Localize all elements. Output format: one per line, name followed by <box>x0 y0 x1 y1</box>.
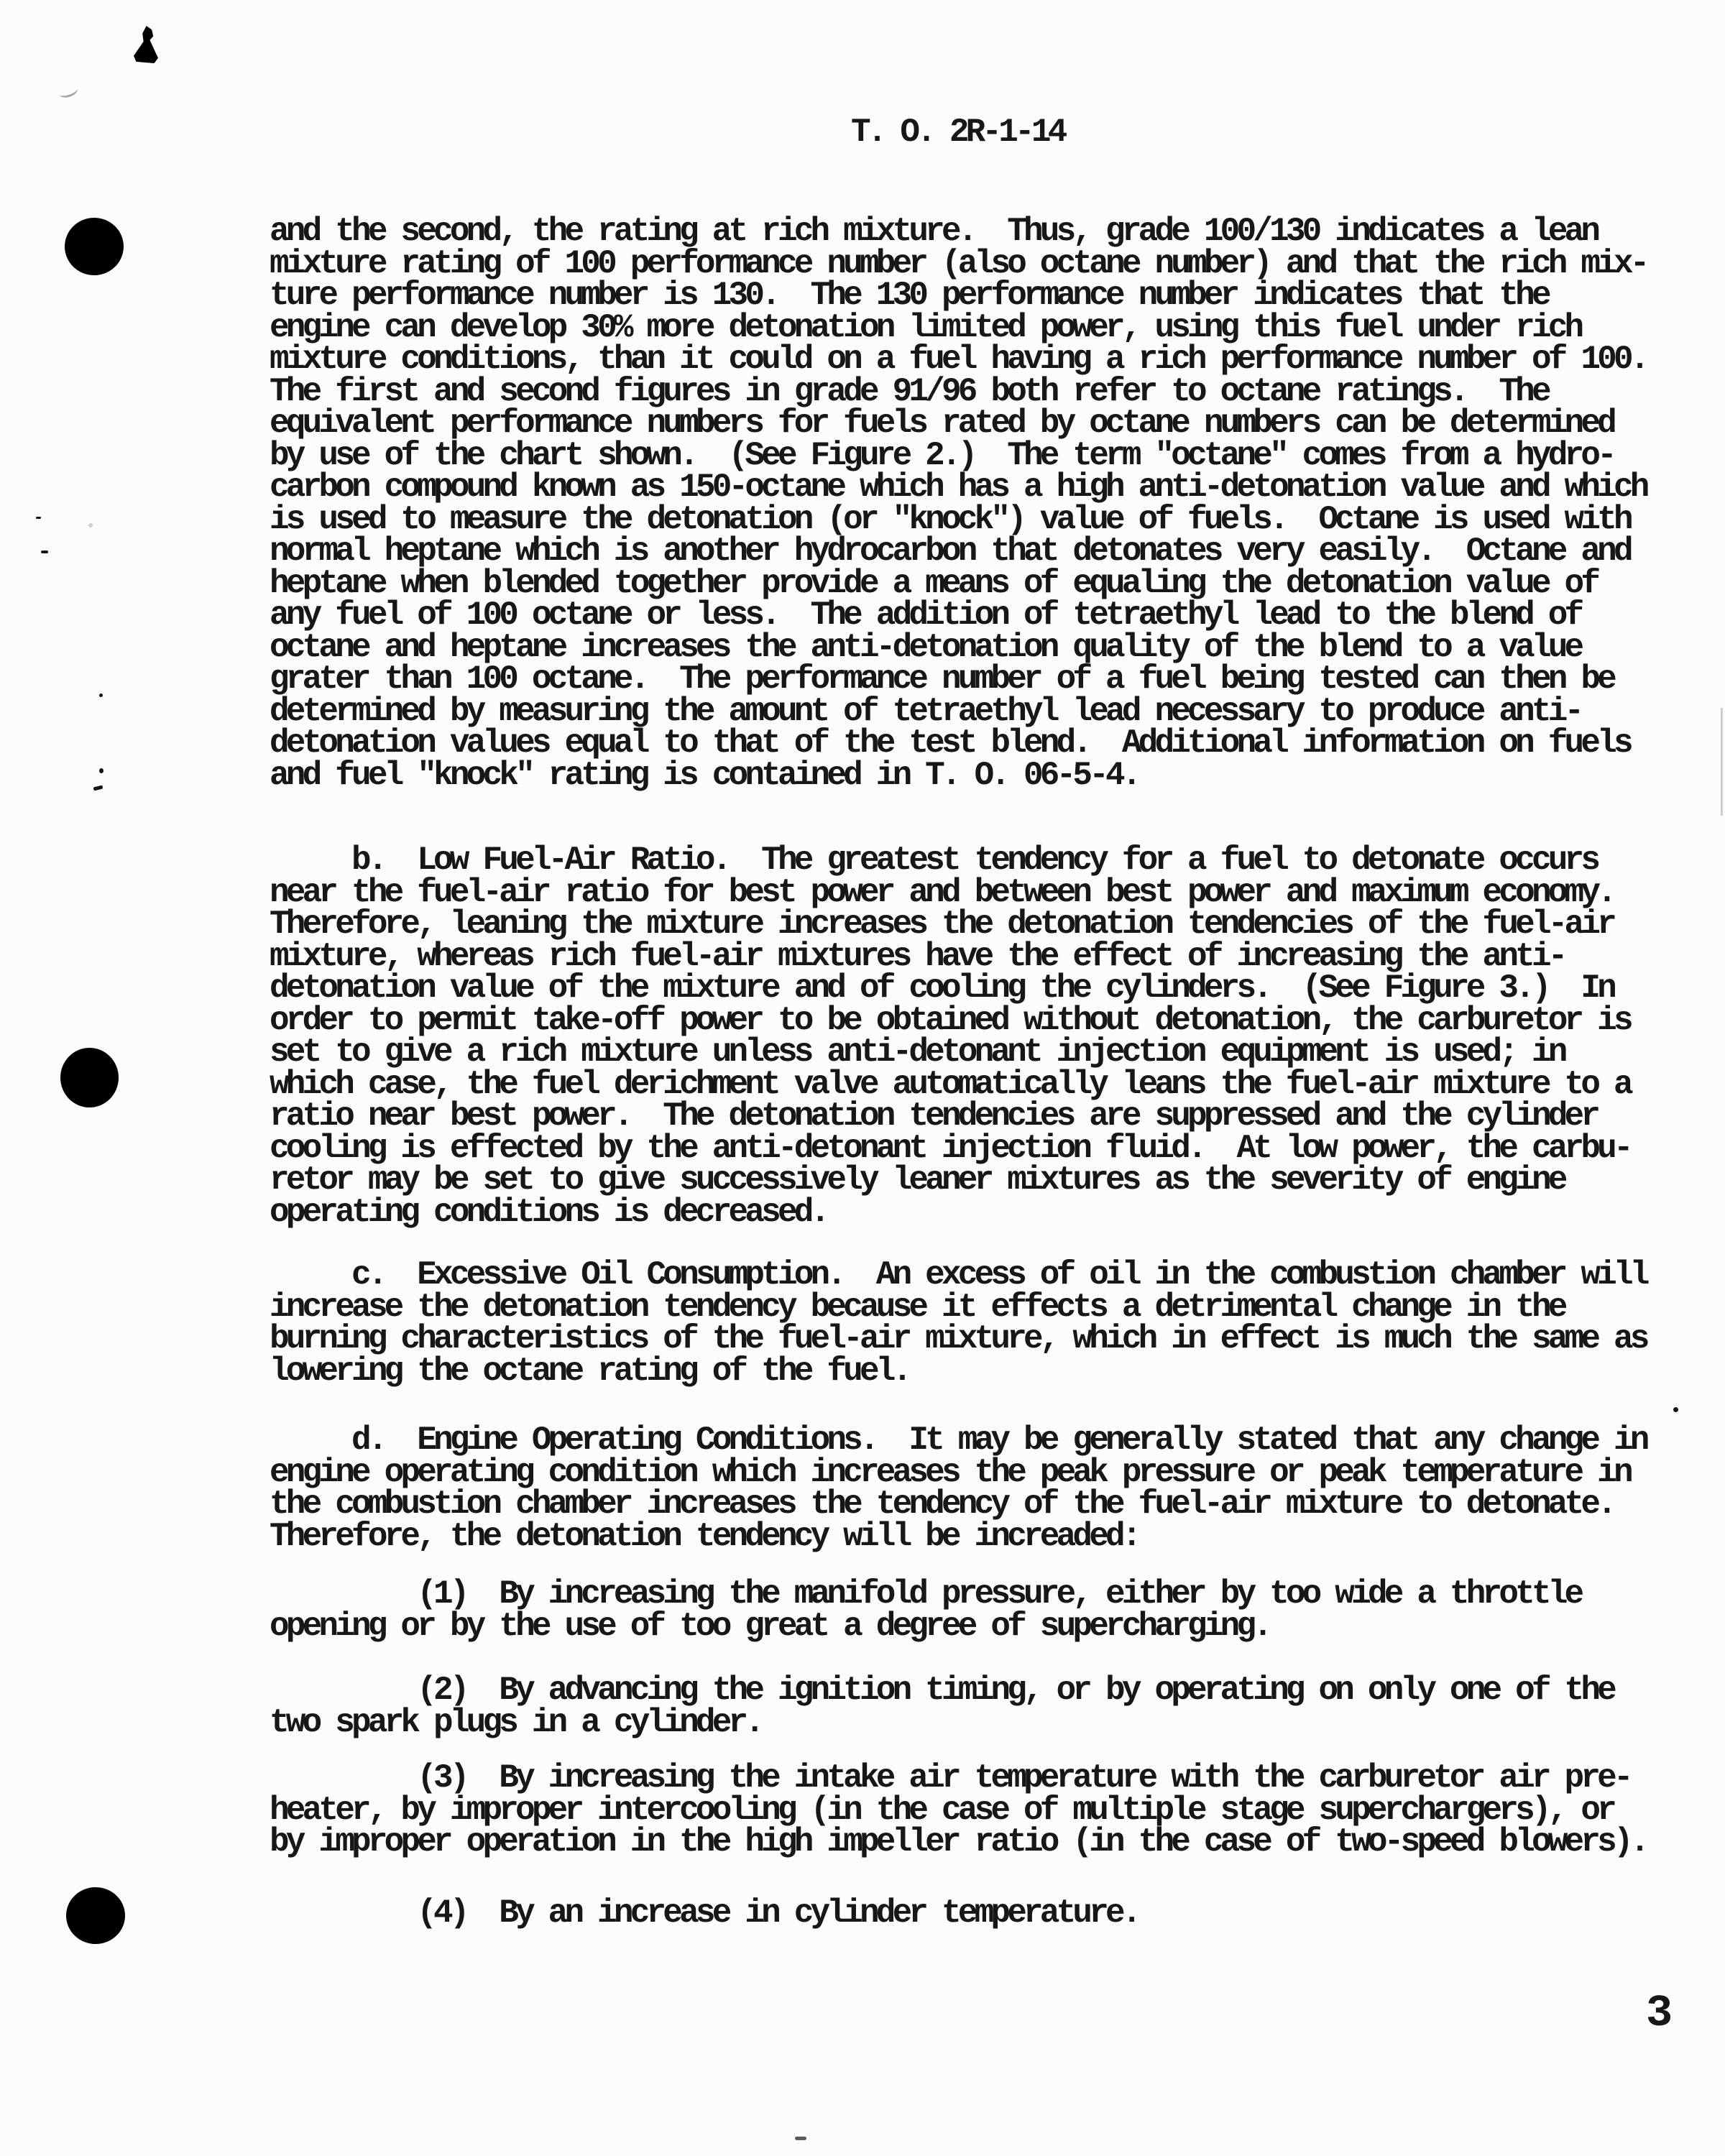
ink-blot-mark <box>134 26 158 63</box>
punch-hole-mark-3 <box>66 1887 125 1944</box>
paragraph-b-low-fuel-air-ratio: b. Low Fuel-Air Ratio. The greatest tend… <box>270 844 1630 1228</box>
list-item-1: (1) By increasing the manifold pressure,… <box>270 1578 1581 1642</box>
scan-speck <box>99 768 103 773</box>
paragraph-d-engine-operating-conditions: d. Engine Operating Conditions. It may b… <box>270 1424 1647 1552</box>
list-item-4: (4) By an increase in cylinder temperatu… <box>270 1897 1138 1930</box>
document-page: T. O. 2R-1-14 and the second, the rating… <box>0 0 1725 2156</box>
page-header: T. O. 2R-1-14 <box>851 114 1064 151</box>
punch-hole-mark-1 <box>65 218 124 275</box>
list-item-2: (2) By advancing the ignition timing, or… <box>270 1674 1614 1738</box>
paragraph-fuel-grades: and the second, the rating at rich mixtu… <box>270 216 1647 791</box>
scan-speck <box>795 2137 806 2140</box>
scan-speck <box>88 523 93 528</box>
scan-speck <box>93 786 103 791</box>
page-number: 3 <box>1646 1988 1670 2039</box>
list-item-3: (3) By increasing the intake air tempera… <box>270 1762 1647 1858</box>
pen-squiggle-mark <box>57 83 78 99</box>
paragraph-c-excessive-oil-consumption: c. Excessive Oil Consumption. An excess … <box>270 1259 1647 1387</box>
scan-speck <box>36 517 41 519</box>
scan-speck <box>1673 1407 1678 1412</box>
punch-hole-mark-2 <box>60 1048 119 1107</box>
scan-speck <box>99 694 103 697</box>
scan-edge-artifact <box>1721 708 1723 816</box>
scan-speck <box>41 550 48 553</box>
